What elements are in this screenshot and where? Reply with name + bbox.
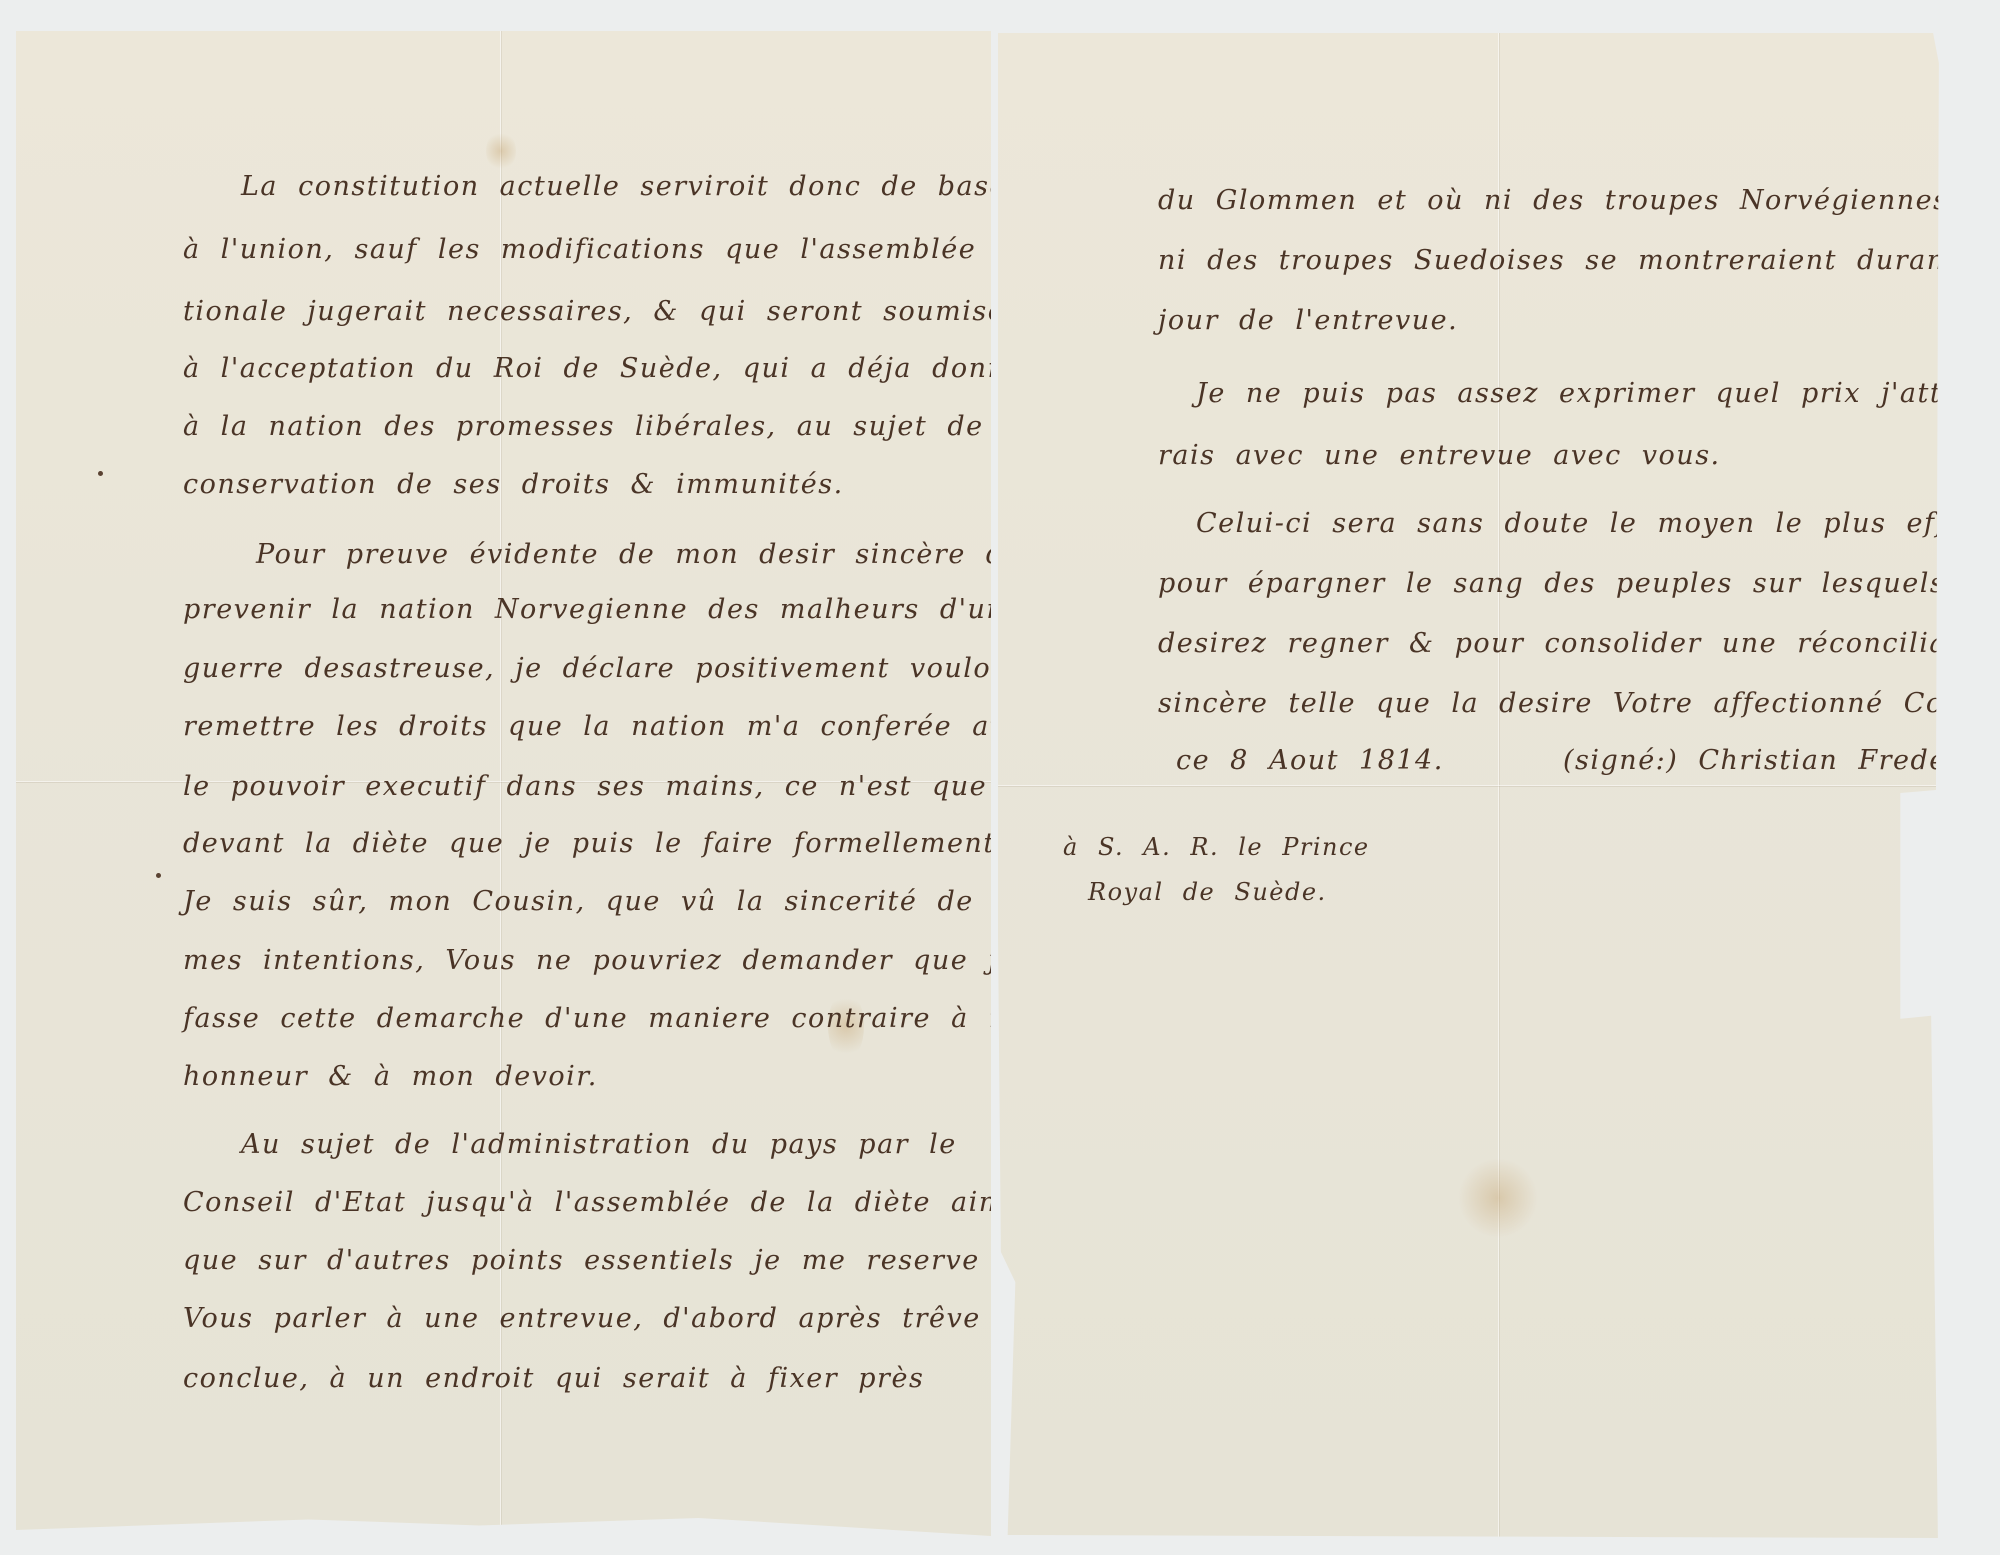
text-line: fasse cette demarche d'une maniere contr… xyxy=(183,1003,1053,1034)
fold-crease-horizontal xyxy=(998,785,1962,786)
text-line: Conseil d'Etat jusqu'à l'assemblée de la… xyxy=(183,1187,1023,1218)
text-line: Je ne puis pas assez exprimer quel prix … xyxy=(1196,378,2000,409)
text-line: prevenir la nation Norvegienne des malhe… xyxy=(183,594,1023,625)
text-line: tionale jugerait necessaires, & qui sero… xyxy=(183,296,1021,327)
text-line: pour épargner le sang des peuples sur le… xyxy=(1158,568,2000,599)
margin-mark xyxy=(156,873,161,878)
text-line: mes intentions, Vous ne pouvriez demande… xyxy=(183,945,1016,976)
text-line: conclue, à un endroit qui serait à fixer… xyxy=(183,1363,924,1394)
address-line: Royal de Suède. xyxy=(1088,878,1327,906)
text-line: à la nation des promesses libérales, au … xyxy=(183,411,1031,442)
text-line: à l'acceptation du Roi de Suède, qui a d… xyxy=(183,353,1024,384)
letter-signature: (signé:) Christian Frederic. xyxy=(1563,745,1998,776)
letter-page-left: La constitution actuelle serviroit donc … xyxy=(16,31,991,1536)
text-line: ni des troupes Suedoises se montreraient… xyxy=(1158,245,2000,276)
letter-page-right: du Glommen et où ni des troupes Norvégie… xyxy=(998,33,1962,1538)
text-line: desirez regner & pour consolider une réc… xyxy=(1158,628,2000,659)
text-line: à l'union, sauf les modifications que l'… xyxy=(183,234,1043,265)
ink-stain xyxy=(486,131,516,171)
text-line: Celui-ci sera sans doute le moyen le plu… xyxy=(1196,508,2000,539)
text-line: jour de l'entrevue. xyxy=(1158,305,1458,336)
text-line: Vous parler à une entrevue, d'abord aprè… xyxy=(183,1303,981,1334)
text-line: que sur d'autres points essentiels je me… xyxy=(183,1245,1036,1276)
water-stain xyxy=(1458,1158,1538,1238)
text-line: Pour preuve évidente de mon desir sincèr… xyxy=(256,539,1022,570)
text-line: Je suis sûr, mon Cousin, que vû la since… xyxy=(183,886,974,917)
text-line: honneur & à mon devoir. xyxy=(183,1061,598,1092)
text-line: guerre desastreuse, je déclare positivem… xyxy=(183,653,1016,684)
text-line: La constitution actuelle serviroit donc … xyxy=(241,171,1007,202)
text-line: rais avec une entrevue avec vous. xyxy=(1158,440,1721,471)
text-line: sincère telle que la desire Votre affect… xyxy=(1158,688,2000,719)
text-line: du Glommen et où ni des troupes Norvégie… xyxy=(1158,185,1948,216)
text-line: remettre les droits que la nation m'a co… xyxy=(183,711,1041,742)
margin-mark xyxy=(98,471,103,476)
text-line: conservation de ses droits & immunités. xyxy=(183,469,844,500)
text-line: devant la diète que je puis le faire for… xyxy=(183,828,1006,859)
address-line: à S. A. R. le Prince xyxy=(1063,833,1370,861)
letter-date: ce 8 Aout 1814. xyxy=(1176,745,1444,776)
text-line: le pouvoir executif dans ses mains, ce n… xyxy=(183,771,987,802)
text-line: Au sujet de l'administration du pays par… xyxy=(241,1129,957,1160)
